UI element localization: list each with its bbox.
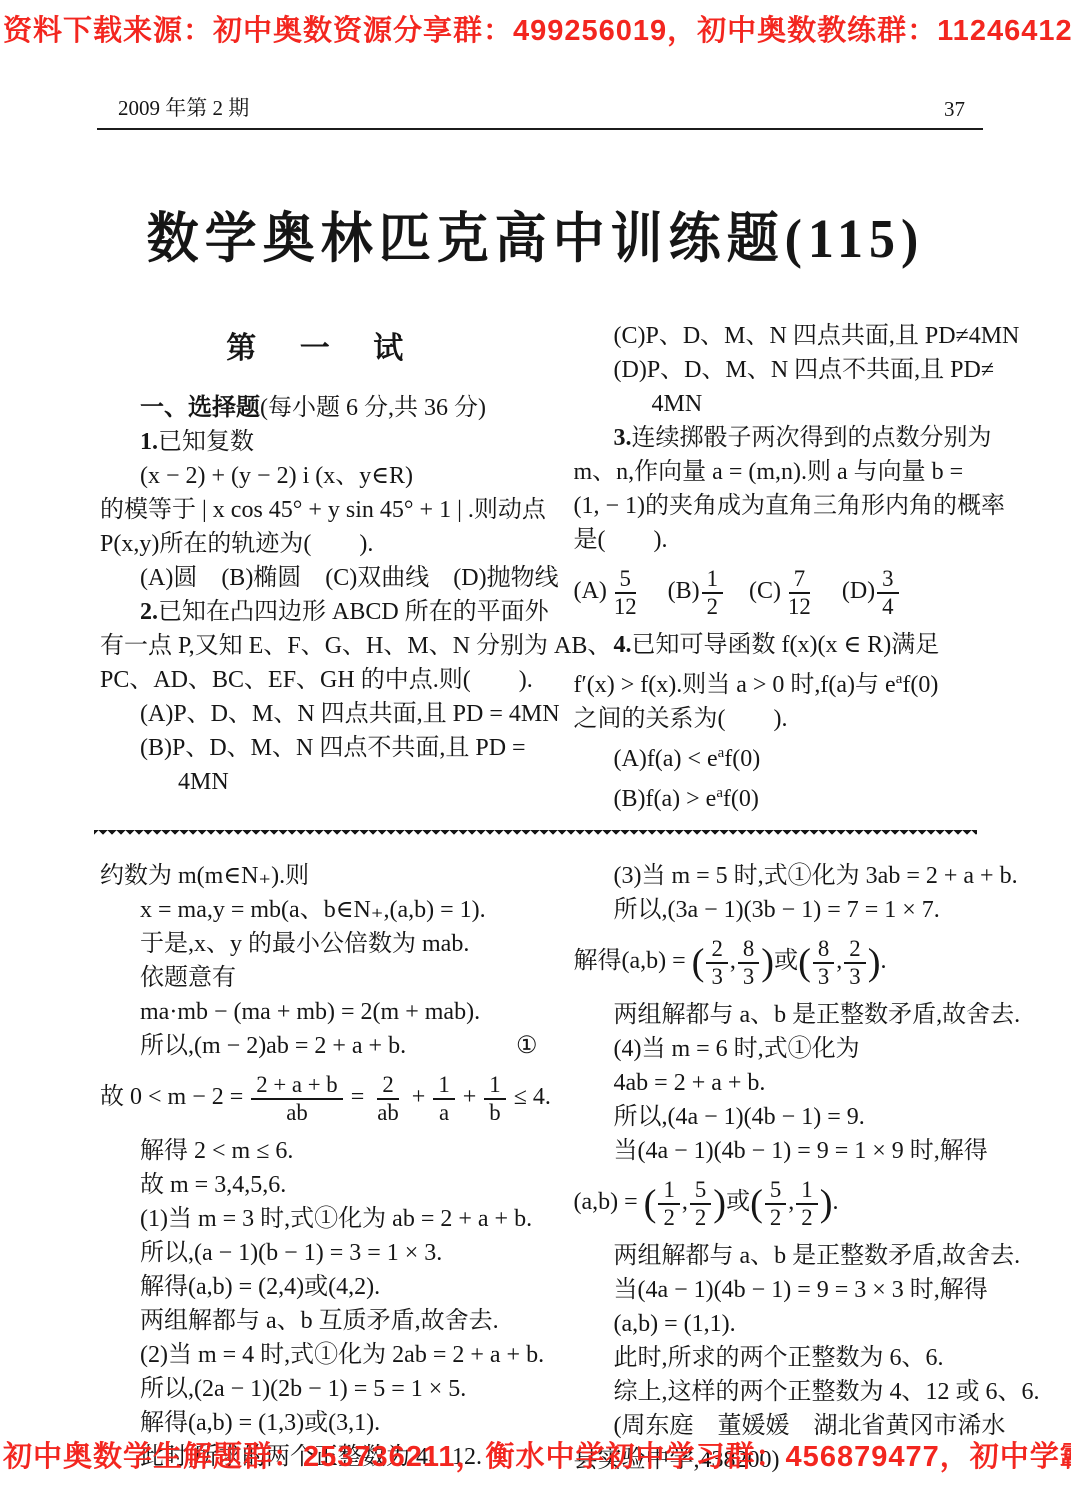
text-run: (a,b) =	[574, 1189, 644, 1215]
text-run: 3.	[614, 425, 632, 451]
text-line: 约数为 m(m∈N₊).则	[100, 859, 548, 893]
text-run: 所以,(m − 2)ab = 2 + a + b.	[140, 1033, 406, 1059]
fraction: 34	[877, 566, 898, 619]
fraction: 12	[702, 566, 723, 619]
text-run: 当(4a − 1)(4b − 1) = 9 = 1 × 9 时,解得	[614, 1138, 988, 1164]
line-content: 两组解都与 a、b 互质矛盾,故舍去.	[140, 1308, 499, 1334]
fraction: 512	[609, 566, 642, 619]
text-run: 一、选择题	[140, 395, 260, 421]
text-run: (A)圆 (B)椭圆 (C)双曲线 (D)抛物线	[140, 565, 559, 591]
text-run: 于是,x、y 的最小公倍数为 mab.	[140, 931, 469, 957]
text-line: m、n,作向量 a = (m,n).则 a 与向量 b =	[574, 455, 1022, 489]
line-content: (a,b) = (1,1).	[614, 1311, 736, 1337]
fraction: 52	[765, 1177, 786, 1230]
text-line: x = ma,y = mb(a、b∈N₊,(a,b) = 1).	[100, 893, 548, 927]
text-run: ≤ 4.	[508, 1084, 551, 1110]
scanned-journal-page: 资料下载来源：初中奥数资源分享群：499256019，初中奥数教练群：11246…	[0, 0, 1071, 1485]
text-line: 故 m = 3,4,5,6.	[100, 1168, 548, 1202]
line-content: 所以,(a − 1)(b − 1) = 3 = 1 × 3.	[140, 1240, 442, 1266]
problems-left-lines: 一、选择题(每小题 6 分,共 36 分)1.已知复数(x − 2) + (y …	[100, 391, 548, 799]
line-content: ma·mb − (ma + mb) = 2(m + mab).	[140, 999, 480, 1025]
text-line: 当(4a − 1)(4b − 1) = 9 = 1 × 9 时,解得	[574, 1134, 1022, 1168]
text-line: 所以,(3a − 1)(3b − 1) = 7 = 1 × 7.	[574, 893, 1022, 927]
big-paren: (	[750, 1182, 763, 1224]
text-run: +	[406, 1084, 432, 1110]
text-line: 2.已知在凸四边形 ABCD 所在的平面外	[100, 595, 548, 629]
text-run: (B)	[644, 578, 700, 604]
text-line: (a,b) = (12,52)或(52,12).	[574, 1168, 1022, 1239]
line-content: 解得(a,b) = (23,83)或(83,23).	[574, 948, 887, 974]
line-content: 4MN	[178, 769, 229, 795]
line-content: 故 m = 3,4,5,6.	[140, 1172, 286, 1198]
line-content: 1.已知复数	[140, 429, 254, 455]
fraction: 2ab	[372, 1072, 404, 1125]
big-paren: )	[868, 941, 881, 983]
text-run: 1.	[140, 429, 158, 455]
text-run: (3)当 m = 5 时,式①化为 3ab = 2 + a + b.	[614, 863, 1018, 889]
line-content: (B)P、D、M、N 四点不共面,且 PD =	[140, 735, 526, 761]
line-content: (2)当 m = 4 时,式①化为 2ab = 2 + a + b.	[140, 1342, 544, 1368]
text-line: 解得 2 < m ≤ 6.	[100, 1134, 548, 1168]
line-content: (C)P、D、M、N 四点共面,且 PD≠4MN	[614, 323, 1020, 349]
text-run: ,	[730, 948, 736, 974]
text-run: =	[345, 1084, 371, 1110]
text-run: f′(x) > f(x).则当 a > 0 时,f(a)与 e	[574, 672, 896, 698]
text-line: (1)当 m = 3 时,式①化为 ab = 2 + a + b.	[100, 1202, 548, 1236]
wavy-divider	[94, 830, 977, 837]
text-line: 所以,(4a − 1)(4b − 1) = 9.	[574, 1100, 1022, 1134]
fraction: 83	[738, 936, 759, 989]
text-run: (A)P、D、M、N 四点共面,且 PD = 4MN	[140, 701, 560, 727]
text-run: 所以,(a − 1)(b − 1) = 3 = 1 × 3.	[140, 1240, 442, 1266]
text-run: 有一点 P,又知 E、F、G、H、M、N 分别为 AB、	[100, 633, 611, 659]
text-run: 故 m = 3,4,5,6.	[140, 1172, 286, 1198]
text-line: 依题意有	[100, 961, 548, 995]
text-run: 综上,这样的两个正整数为 4、12 或 6、6.	[614, 1379, 1040, 1405]
text-line: (1, − 1)的夹角成为直角三角形内角的概率	[574, 489, 1022, 523]
fraction: 1a	[433, 1072, 454, 1125]
line-content: (a,b) = (12,52)或(52,12).	[574, 1189, 839, 1215]
text-line: 一、选择题(每小题 6 分,共 36 分)	[100, 391, 548, 425]
line-content: x = ma,y = mb(a、b∈N₊,(a,b) = 1).	[140, 897, 486, 923]
line-content: 是( ).	[574, 527, 668, 553]
text-line: 4MN	[100, 765, 548, 799]
page-header: 2009 年第 2 期 37	[118, 92, 965, 122]
text-run: 4MN	[652, 391, 703, 417]
text-run: (A)f(a) < e	[614, 746, 718, 772]
text-line: 两组解都与 a、b 是正整数矛盾,故舍去.	[574, 1239, 1022, 1273]
text-line: (B)P、D、M、N 四点不共面,且 PD =	[100, 731, 548, 765]
watermark-bottom: 初中奥数学生解题群：253736211，衡水中学初中学习群：456879477，…	[3, 1434, 1071, 1475]
text-run: 所以,(4a − 1)(4b − 1) = 9.	[614, 1104, 865, 1130]
text-line: 当(4a − 1)(4b − 1) = 9 = 3 × 3 时,解得	[574, 1273, 1022, 1307]
text-line: 所以,(2a − 1)(2b − 1) = 5 = 1 × 5.	[100, 1372, 548, 1406]
line-content: (A)P、D、M、N 四点共面,且 PD = 4MN	[140, 701, 560, 727]
text-run: 解得(a,b) =	[574, 948, 692, 974]
line-content: 4.已知可导函数 f(x)(x ∈ R)满足	[614, 632, 940, 658]
text-run: 之间的关系为( ).	[574, 706, 788, 732]
big-paren: (	[798, 941, 811, 983]
text-line: (a,b) = (1,1).	[574, 1307, 1022, 1341]
text-run: 故 0 < m − 2 =	[100, 1084, 249, 1110]
line-content: 有一点 P,又知 E、F、G、H、M、N 分别为 AB、	[100, 633, 611, 659]
line-content: P(x,y)所在的轨迹为( ).	[100, 531, 373, 557]
fraction: 712	[783, 566, 816, 619]
text-line: (A)圆 (B)椭圆 (C)双曲线 (D)抛物线	[100, 561, 548, 595]
solution-left-lines: 约数为 m(m∈N₊).则x = ma,y = mb(a、b∈N₊,(a,b) …	[100, 859, 548, 1474]
problems-right-lines: (C)P、D、M、N 四点共面,且 PD≠4MN(D)P、D、M、N 四点不共面…	[574, 319, 1022, 816]
solution-left-column: 约数为 m(m∈N₊).则x = ma,y = mb(a、b∈N₊,(a,b) …	[100, 859, 548, 1477]
text-run: (1)当 m = 3 时,式①化为 ab = 2 + a + b.	[140, 1206, 532, 1232]
line-content: 依题意有	[140, 965, 236, 991]
text-run: .	[832, 1189, 838, 1215]
text-run: 两组解都与 a、b 互质矛盾,故舍去.	[140, 1308, 499, 1334]
big-paren: (	[644, 1182, 657, 1224]
text-line: 的模等于 | x cos 45° + y sin 45° + 1 | .则动点	[100, 493, 548, 527]
line-content: 此时,所求的两个正整数为 6、6.	[614, 1345, 944, 1371]
text-line: (2)当 m = 4 时,式①化为 2ab = 2 + a + b.	[100, 1338, 548, 1372]
fraction: 23	[844, 936, 865, 989]
line-content: 两组解都与 a、b 是正整数矛盾,故舍去.	[614, 1243, 1021, 1269]
text-run: .	[880, 948, 886, 974]
text-run: (4)当 m = 6 时,式①化为	[614, 1036, 860, 1062]
big-paren: )	[820, 1182, 833, 1224]
text-line: (C)P、D、M、N 四点共面,且 PD≠4MN	[574, 319, 1022, 353]
fraction: 23	[706, 936, 727, 989]
big-paren: (	[692, 941, 705, 983]
text-line: 所以,(a − 1)(b − 1) = 3 = 1 × 3.	[100, 1236, 548, 1270]
text-line: (x − 2) + (y − 2) i (x、y∈R)	[100, 459, 548, 493]
text-run: PC、AD、BC、EF、GH 的中点.则( ).	[100, 667, 533, 693]
fraction: 83	[813, 936, 834, 989]
text-run: (C)	[725, 578, 781, 604]
line-content: (D)P、D、M、N 四点不共面,且 PD≠	[614, 357, 995, 383]
text-line: 4MN	[574, 387, 1022, 421]
text-line: 4.已知可导函数 f(x)(x ∈ R)满足	[574, 628, 1022, 662]
text-run: +	[457, 1084, 483, 1110]
line-content: 两组解都与 a、b 是正整数矛盾,故舍去.	[614, 1002, 1021, 1028]
equation-number: ①	[516, 1029, 548, 1063]
line-content: 所以,(2a − 1)(2b − 1) = 5 = 1 × 5.	[140, 1376, 466, 1402]
text-run: 2.	[140, 599, 158, 625]
line-content: 约数为 m(m∈N₊).则	[100, 863, 309, 889]
text-run: 是( ).	[574, 527, 668, 553]
text-run: f(0)	[723, 786, 759, 812]
line-content: f′(x) > f(x).则当 a > 0 时,f(a)与 eaf(0)	[574, 672, 939, 698]
text-run: ,	[788, 1189, 794, 1215]
line-content: 2.已知在凸四边形 ABCD 所在的平面外	[140, 599, 549, 625]
text-line: 有一点 P,又知 E、F、G、H、M、N 分别为 AB、	[100, 629, 548, 663]
text-line: 4ab = 2 + a + b.	[574, 1066, 1022, 1100]
text-line: 于是,x、y 的最小公倍数为 mab.	[100, 927, 548, 961]
text-run: 此时,所求的两个正整数为 6、6.	[614, 1345, 944, 1371]
text-run: (D)P、D、M、N 四点不共面,且 PD≠	[614, 357, 995, 383]
text-line: (D)P、D、M、N 四点不共面,且 PD≠	[574, 353, 1022, 387]
text-run: 两组解都与 a、b 是正整数矛盾,故舍去.	[614, 1243, 1021, 1269]
line-content: 综上,这样的两个正整数为 4、12 或 6、6.	[614, 1379, 1040, 1405]
journal-issue: 2009 年第 2 期	[118, 92, 249, 122]
text-run: 所以,(2a − 1)(2b − 1) = 5 = 1 × 5.	[140, 1376, 466, 1402]
text-run: 依题意有	[140, 965, 236, 991]
line-content: (3)当 m = 5 时,式①化为 3ab = 2 + a + b.	[614, 863, 1018, 889]
text-line: (B)f(a) > eaf(0)	[574, 776, 1022, 816]
text-run: 约数为 m(m∈N₊).则	[100, 863, 309, 889]
text-run: 的模等于 | x cos 45° + y sin 45° + 1 | .则动点	[100, 497, 546, 523]
text-run: x = ma,y = mb(a、b∈N₊,(a,b) = 1).	[140, 897, 486, 923]
text-run: 4.	[614, 632, 632, 658]
text-line: 所以,(m − 2)ab = 2 + a + b.①	[100, 1029, 548, 1063]
solution-right-column: (3)当 m = 5 时,式①化为 3ab = 2 + a + b.所以,(3a…	[574, 859, 1022, 1477]
line-content: 于是,x、y 的最小公倍数为 mab.	[140, 931, 469, 957]
text-line: f′(x) > f(x).则当 a > 0 时,f(a)与 eaf(0)	[574, 662, 1022, 702]
text-run: 连续掷骰子两次得到的点数分别为	[632, 425, 992, 451]
text-run: ,	[682, 1189, 688, 1215]
text-line: 之间的关系为( ).	[574, 702, 1022, 736]
text-run: 解得(a,b) = (1,3)或(3,1).	[140, 1410, 380, 1436]
line-content: 解得 2 < m ≤ 6.	[140, 1138, 293, 1164]
text-line: 综上,这样的两个正整数为 4、12 或 6、6.	[574, 1375, 1022, 1409]
line-content: 故 0 < m − 2 = 2 + a + bab = 2ab + 1a + 1…	[100, 1084, 551, 1110]
fraction: 52	[690, 1177, 711, 1230]
line-content: 当(4a − 1)(4b − 1) = 9 = 1 × 9 时,解得	[614, 1138, 988, 1164]
text-run: (B)P、D、M、N 四点不共面,且 PD =	[140, 735, 526, 761]
line-content: PC、AD、BC、EF、GH 的中点.则( ).	[100, 667, 533, 693]
text-run: m、n,作向量 a = (m,n).则 a 与向量 b =	[574, 459, 964, 485]
text-run: 4MN	[178, 769, 229, 795]
text-run: 已知可导函数 f(x)(x ∈ R)满足	[632, 632, 940, 658]
text-line: 解得(a,b) = (23,83)或(83,23).	[574, 927, 1022, 998]
header-rule	[97, 128, 983, 130]
line-content: 解得(a,b) = (2,4)或(4,2).	[140, 1274, 380, 1300]
section-heading: 第 一 试	[100, 323, 548, 367]
line-content: (1)当 m = 3 时,式①化为 ab = 2 + a + b.	[140, 1206, 532, 1232]
text-run: (A)	[574, 578, 607, 604]
text-line: 故 0 < m − 2 = 2 + a + bab = 2ab + 1a + 1…	[100, 1063, 548, 1134]
text-line: 两组解都与 a、b 互质矛盾,故舍去.	[100, 1304, 548, 1338]
text-run: 所以,(3a − 1)(3b − 1) = 7 = 1 × 7.	[614, 897, 940, 923]
text-line: ma·mb − (ma + mb) = 2(m + mab).	[100, 995, 548, 1029]
line-content: 4ab = 2 + a + b.	[614, 1070, 766, 1096]
page-number: 37	[944, 97, 965, 122]
line-content: 解得(a,b) = (1,3)或(3,1).	[140, 1410, 380, 1436]
line-content: 所以,(3a − 1)(3b − 1) = 7 = 1 × 7.	[614, 897, 940, 923]
text-run: 解得(a,b) = (2,4)或(4,2).	[140, 1274, 380, 1300]
article-title: 数学奥林匹克高中训练题(115)	[0, 194, 1071, 273]
text-line: (A)P、D、M、N 四点共面,且 PD = 4MN	[100, 697, 548, 731]
text-line: P(x,y)所在的轨迹为( ).	[100, 527, 548, 561]
text-run: (B)f(a) > e	[614, 786, 717, 812]
text-line: (A)512 (B)12 (C)712 (D)34	[574, 557, 1022, 628]
big-paren: )	[761, 941, 774, 983]
text-line: (4)当 m = 6 时,式①化为	[574, 1032, 1022, 1066]
line-content: (4)当 m = 6 时,式①化为	[614, 1036, 860, 1062]
text-line: PC、AD、BC、EF、GH 的中点.则( ).	[100, 663, 548, 697]
problems-section: 第 一 试 一、选择题(每小题 6 分,共 36 分)1.已知复数(x − 2)…	[100, 319, 1021, 816]
line-content: 所以,(4a − 1)(4b − 1) = 9.	[614, 1104, 865, 1130]
problems-left-column: 第 一 试 一、选择题(每小题 6 分,共 36 分)1.已知复数(x − 2)…	[100, 319, 548, 816]
text-line: (3)当 m = 5 时,式①化为 3ab = 2 + a + b.	[574, 859, 1022, 893]
text-run: (D)	[818, 578, 875, 604]
text-line: 3.连续掷骰子两次得到的点数分别为	[574, 421, 1022, 455]
text-run: f(0)	[902, 672, 938, 698]
line-content: 之间的关系为( ).	[574, 706, 788, 732]
line-content: (A)圆 (B)椭圆 (C)双曲线 (D)抛物线	[140, 565, 559, 591]
text-run: P(x,y)所在的轨迹为( ).	[100, 531, 373, 557]
text-line: 1.已知复数	[100, 425, 548, 459]
text-run: (a,b) = (1,1).	[614, 1311, 736, 1337]
text-run: ma·mb − (ma + mb) = 2(m + mab).	[140, 999, 480, 1025]
line-content: (A)f(a) < eaf(0)	[614, 746, 761, 772]
superscript: a	[716, 785, 723, 801]
text-line: 此时,所求的两个正整数为 6、6.	[574, 1341, 1022, 1375]
line-content: 4MN	[652, 391, 703, 417]
text-run: 或	[774, 948, 798, 974]
text-run: 已知复数	[158, 429, 254, 455]
line-content: (A)512 (B)12 (C)712 (D)34	[574, 578, 901, 604]
line-content: (B)f(a) > eaf(0)	[614, 786, 759, 812]
text-run: (x − 2) + (y − 2) i (x、y∈R)	[140, 463, 413, 489]
line-content: 的模等于 | x cos 45° + y sin 45° + 1 | .则动点	[100, 497, 546, 523]
text-run: 当(4a − 1)(4b − 1) = 9 = 3 × 3 时,解得	[614, 1277, 988, 1303]
text-run: (每小题 6 分,共 36 分)	[260, 395, 486, 421]
text-run: ,	[836, 948, 842, 974]
text-run: 解得 2 < m ≤ 6.	[140, 1138, 293, 1164]
fraction: 12	[658, 1177, 679, 1230]
text-line: 是( ).	[574, 523, 1022, 557]
text-run: f(0)	[724, 746, 760, 772]
text-run: (C)P、D、M、N 四点共面,且 PD≠4MN	[614, 323, 1020, 349]
line-content: 当(4a − 1)(4b − 1) = 9 = 3 × 3 时,解得	[614, 1277, 988, 1303]
text-line: (A)f(a) < eaf(0)	[574, 736, 1022, 776]
line-content: 所以,(m − 2)ab = 2 + a + b.	[140, 1029, 406, 1063]
text-run: (1, − 1)的夹角成为直角三角形内角的概率	[574, 493, 1006, 519]
solution-section: 约数为 m(m∈N₊).则x = ma,y = mb(a、b∈N₊,(a,b) …	[100, 859, 1021, 1477]
fraction: 12	[796, 1177, 817, 1230]
text-run: 或	[726, 1189, 750, 1215]
text-line: 解得(a,b) = (2,4)或(4,2).	[100, 1270, 548, 1304]
big-paren: )	[713, 1182, 726, 1224]
problems-right-column: (C)P、D、M、N 四点共面,且 PD≠4MN(D)P、D、M、N 四点不共面…	[574, 319, 1022, 816]
line-content: (1, − 1)的夹角成为直角三角形内角的概率	[574, 493, 1006, 519]
text-run: (2)当 m = 4 时,式①化为 2ab = 2 + a + b.	[140, 1342, 544, 1368]
line-content: (x − 2) + (y − 2) i (x、y∈R)	[140, 463, 413, 489]
text-run: 两组解都与 a、b 是正整数矛盾,故舍去.	[614, 1002, 1021, 1028]
fraction: 2 + a + bab	[251, 1072, 342, 1125]
line-content: 3.连续掷骰子两次得到的点数分别为	[614, 425, 992, 451]
solution-right-lines: (3)当 m = 5 时,式①化为 3ab = 2 + a + b.所以,(3a…	[574, 859, 1022, 1477]
watermark-top: 资料下载来源：初中奥数资源分享群：499256019，初中奥数教练群：11246…	[3, 8, 1071, 49]
text-run: 4ab = 2 + a + b.	[614, 1070, 766, 1096]
text-run: 已知在凸四边形 ABCD 所在的平面外	[158, 599, 549, 625]
line-content: m、n,作向量 a = (m,n).则 a 与向量 b =	[574, 459, 964, 485]
fraction: 1b	[484, 1072, 505, 1125]
text-line: 两组解都与 a、b 是正整数矛盾,故舍去.	[574, 998, 1022, 1032]
line-content: 一、选择题(每小题 6 分,共 36 分)	[140, 395, 486, 421]
